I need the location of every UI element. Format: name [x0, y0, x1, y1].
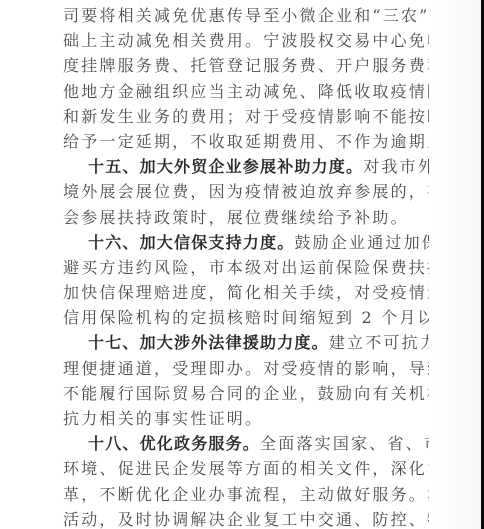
document-body: 司要将相关减免优惠传导至小微企业和“三农”主体，并在此基 础上主动减免相关费用。… — [63, 3, 429, 529]
section-15: 十五、加大外贸企业参展补助力度。对我市外贸企业已支付 境外展会展位费，因为疫情被… — [63, 154, 429, 230]
text-line: 不能履行国际贸易合同的企业，鼓励向有关机构申请办理与不可 — [63, 381, 429, 406]
text-line: 境外展会展位费，因为疫情被迫放弃参展的，在兑现境外重点展 — [63, 179, 429, 204]
section-18: 十八、优化政务服务。全面落实国家、省、市关于优化营商 环境、促进民企发展等方面的… — [63, 431, 429, 529]
text-line: 础上主动减免相关费用。宁波股权交易中心免收小微企业 2020 年 — [63, 28, 429, 53]
text-line: 司要将相关减免优惠传导至小微企业和“三农”主体，并在此基 — [63, 3, 429, 28]
text-line: 避买方违约风险，市本级对出运前保险保费扶持比例提高到 50%。 — [63, 255, 429, 280]
text-line: 环境、促进民企发展等方面的相关文件，深化“最多跑一次”改 — [63, 456, 429, 481]
text-line: 活动，及时协调解决企业复工中交通、防控、物资保障、原材料 — [63, 507, 429, 529]
section-16: 十六、加大信保支持力度。鼓励企业通过加保出运前保险规 避买方违约风险，市本级对出… — [63, 230, 429, 331]
section-first-line: 十五、加大外贸企业参展补助力度。对我市外贸企业已支付 — [63, 154, 429, 179]
section-first-line: 十八、优化政务服务。全面落实国家、省、市关于优化营商 — [63, 431, 429, 456]
text-line: 信用保险机构的定损核赔时间缩短到 2 个月以内。 — [63, 305, 429, 330]
text-line: 会参展扶持政策时，展位费继续给予补助。 — [63, 205, 429, 230]
section-text: 全面落实国家、省、市关于优化营商 — [260, 434, 429, 453]
section-text: 鼓励企业通过加保出运前保险规 — [294, 233, 429, 252]
text-line: 革，不断优化企业办事流程，主动做好服务。深入推进“三服务” — [63, 482, 429, 507]
paragraph-continued: 司要将相关减免优惠传导至小微企业和“三农”主体，并在此基 础上主动减免相关费用。… — [63, 3, 429, 154]
text-line: 给予一定延期，不收取延期费用、不作为逾期业务处理。 — [63, 129, 429, 154]
section-17: 十七、加大涉外法律援助力度。建立不可抗力事实性证明办 理便捷通道，受理即办。对受… — [63, 330, 429, 431]
section-heading: 十六、加大信保支持力度。 — [88, 233, 294, 252]
section-heading: 十五、加大外贸企业参展补助力度。 — [88, 157, 363, 176]
section-first-line: 十七、加大涉外法律援助力度。建立不可抗力事实性证明办 — [63, 330, 429, 355]
section-text: 建立不可抗力事实性证明办 — [329, 333, 429, 352]
text-line: 他地方金融组织应当主动减免、降低收取疫情防控期间存续业务 — [63, 79, 429, 104]
section-first-line: 十六、加大信保支持力度。鼓励企业通过加保出运前保险规 — [63, 230, 429, 255]
text-line: 理便捷通道，受理即办。对受疫情的影响，导致无法如期履行或 — [63, 356, 429, 381]
section-text: 对我市外贸企业已支付 — [363, 157, 429, 176]
text-line: 和新发生业务的费用；对于受疫情影响不能按时还款的客户，应 — [63, 104, 429, 129]
section-heading: 十八、优化政务服务。 — [88, 434, 260, 453]
text-line: 度挂牌服务费、托管登记服务费、开户服务费和交易过户费。其 — [63, 53, 429, 78]
text-line: 抗力相关的事实性证明。 — [63, 406, 429, 431]
section-heading: 十七、加大涉外法律援助力度。 — [88, 333, 329, 352]
text-line: 加快信保理赔进度，简化相关手续，对受疫情影响的相关案件， — [63, 280, 429, 305]
document-page: 司要将相关减免优惠传导至小微企业和“三农”主体，并在此基 础上主动减免相关费用。… — [0, 0, 481, 529]
